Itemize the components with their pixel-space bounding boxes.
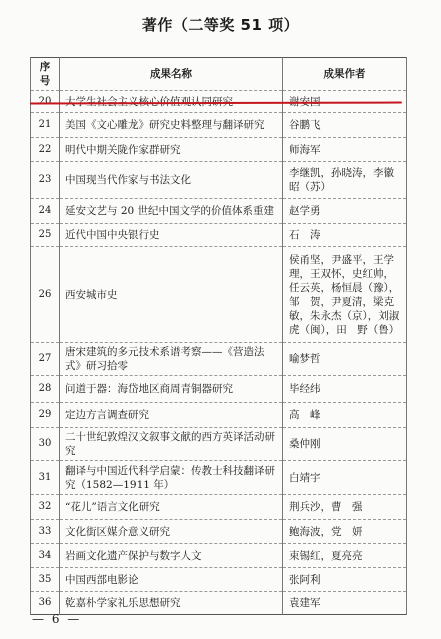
- row-title: 唐宋建筑的多元技术系谱考察——《营造法式》研习拾零: [60, 343, 283, 376]
- row-number: 22: [31, 138, 60, 162]
- row-title: 明代中期关陇作家群研究: [60, 138, 283, 162]
- table-row: 27唐宋建筑的多元技术系谱考察——《营造法式》研习拾零喻梦哲: [31, 343, 407, 376]
- table-row: 34岩画文化遗产保护与数字人文束锡红，夏亮亮: [31, 544, 407, 568]
- row-number: 34: [31, 544, 60, 568]
- row-author: 袁建军: [283, 592, 407, 615]
- row-number: 27: [31, 343, 60, 376]
- row-author: 赵学勇: [283, 199, 407, 224]
- row-number: 32: [31, 495, 60, 520]
- row-number: 26: [31, 247, 60, 343]
- table-row: 36乾嘉朴学家礼乐思想研究袁建军: [31, 592, 407, 615]
- row-author: 鲍海波，党 妍: [283, 520, 407, 544]
- row-title: 二十世纪敦煌汉文叙事文献的西方英译活动研究: [60, 428, 283, 461]
- row-author: 白靖宇: [283, 461, 407, 495]
- row-author: 桑仲刚: [283, 428, 407, 461]
- row-title: 美国《文心雕龙》研究史料整理与翻译研究: [60, 113, 283, 138]
- row-author: 谷鹏飞: [283, 113, 407, 138]
- header-number: 序号: [31, 58, 60, 91]
- row-author: 高 峰: [283, 403, 407, 428]
- table-row: 25近代中国中央银行史石 涛: [31, 224, 407, 247]
- table-row: 24延安文艺与 20 世纪中国文学的价值体系重建赵学勇: [31, 199, 407, 224]
- row-number: 33: [31, 520, 60, 544]
- table-row: 28问道于器：海岱地区商周青铜器研究毕经纬: [31, 376, 407, 403]
- table-header-row: 序号 成果名称 成果作者: [31, 58, 407, 91]
- row-author: 石 涛: [283, 224, 407, 247]
- row-title: 延安文艺与 20 世纪中国文学的价值体系重建: [60, 199, 283, 224]
- table-row: 29定边方言调查研究高 峰: [31, 403, 407, 428]
- row-title: 中国现当代作家与书法文化: [60, 162, 283, 199]
- table-row: 32“花儿”语言文化研究荆兵沙，曹 强: [31, 495, 407, 520]
- header-title: 成果名称: [60, 58, 283, 91]
- row-author: 束锡红，夏亮亮: [283, 544, 407, 568]
- row-author: 李继凯，孙晓涛，李徽昭（苏）: [283, 162, 407, 199]
- row-author: 喻梦哲: [283, 343, 407, 376]
- row-number: 30: [31, 428, 60, 461]
- row-title: 中国西部电影论: [60, 568, 283, 592]
- page-number: — 6 —: [32, 612, 81, 626]
- row-number: 31: [31, 461, 60, 495]
- row-number: 35: [31, 568, 60, 592]
- row-number: 29: [31, 403, 60, 428]
- row-number: 25: [31, 224, 60, 247]
- table-row: 21美国《文心雕龙》研究史料整理与翻译研究谷鹏飞: [31, 113, 407, 138]
- row-author: 侯甬坚，尹盛平，王学理，王双怀，史红帅，任云英，杨恒晨（豫），邹 贺，尹夏清，梁…: [283, 247, 407, 343]
- row-author: 张阿利: [283, 568, 407, 592]
- row-number: 23: [31, 162, 60, 199]
- table-row: 31翻译与中国近代科学启蒙：传教士科技翻译研究（1582—1911 年）白靖宇: [31, 461, 407, 495]
- row-title: 近代中国中央银行史: [60, 224, 283, 247]
- row-author: 毕经纬: [283, 376, 407, 403]
- row-author: 师海军: [283, 138, 407, 162]
- row-number: 28: [31, 376, 60, 403]
- header-author: 成果作者: [283, 58, 407, 91]
- table-row: 26西安城市史侯甬坚，尹盛平，王学理，王双怀，史红帅，任云英，杨恒晨（豫），邹 …: [31, 247, 407, 343]
- table-row: 35中国西部电影论张阿利: [31, 568, 407, 592]
- row-title: 岩画文化遗产保护与数字人文: [60, 544, 283, 568]
- row-title: 问道于器：海岱地区商周青铜器研究: [60, 376, 283, 403]
- row-title: 定边方言调查研究: [60, 403, 283, 428]
- table-row: 30二十世纪敦煌汉文叙事文献的西方英译活动研究桑仲刚: [31, 428, 407, 461]
- table-row: 23中国现当代作家与书法文化李继凯，孙晓涛，李徽昭（苏）: [31, 162, 407, 199]
- document-title: 著作（二等奖 51 项）: [0, 14, 441, 35]
- row-author: 荆兵沙，曹 强: [283, 495, 407, 520]
- awards-table: 序号 成果名称 成果作者 20大学生社会主义核心价值观认同研究谢安国21美国《文…: [30, 57, 407, 615]
- row-number: 21: [31, 113, 60, 138]
- row-title: “花儿”语言文化研究: [60, 495, 283, 520]
- row-title: 文化街区媒介意义研究: [60, 520, 283, 544]
- table-row: 33文化街区媒介意义研究鲍海波，党 妍: [31, 520, 407, 544]
- row-title: 翻译与中国近代科学启蒙：传教士科技翻译研究（1582—1911 年）: [60, 461, 283, 495]
- row-title: 乾嘉朴学家礼乐思想研究: [60, 592, 283, 615]
- table-row: 22明代中期关陇作家群研究师海军: [31, 138, 407, 162]
- row-number: 24: [31, 199, 60, 224]
- row-title: 西安城市史: [60, 247, 283, 343]
